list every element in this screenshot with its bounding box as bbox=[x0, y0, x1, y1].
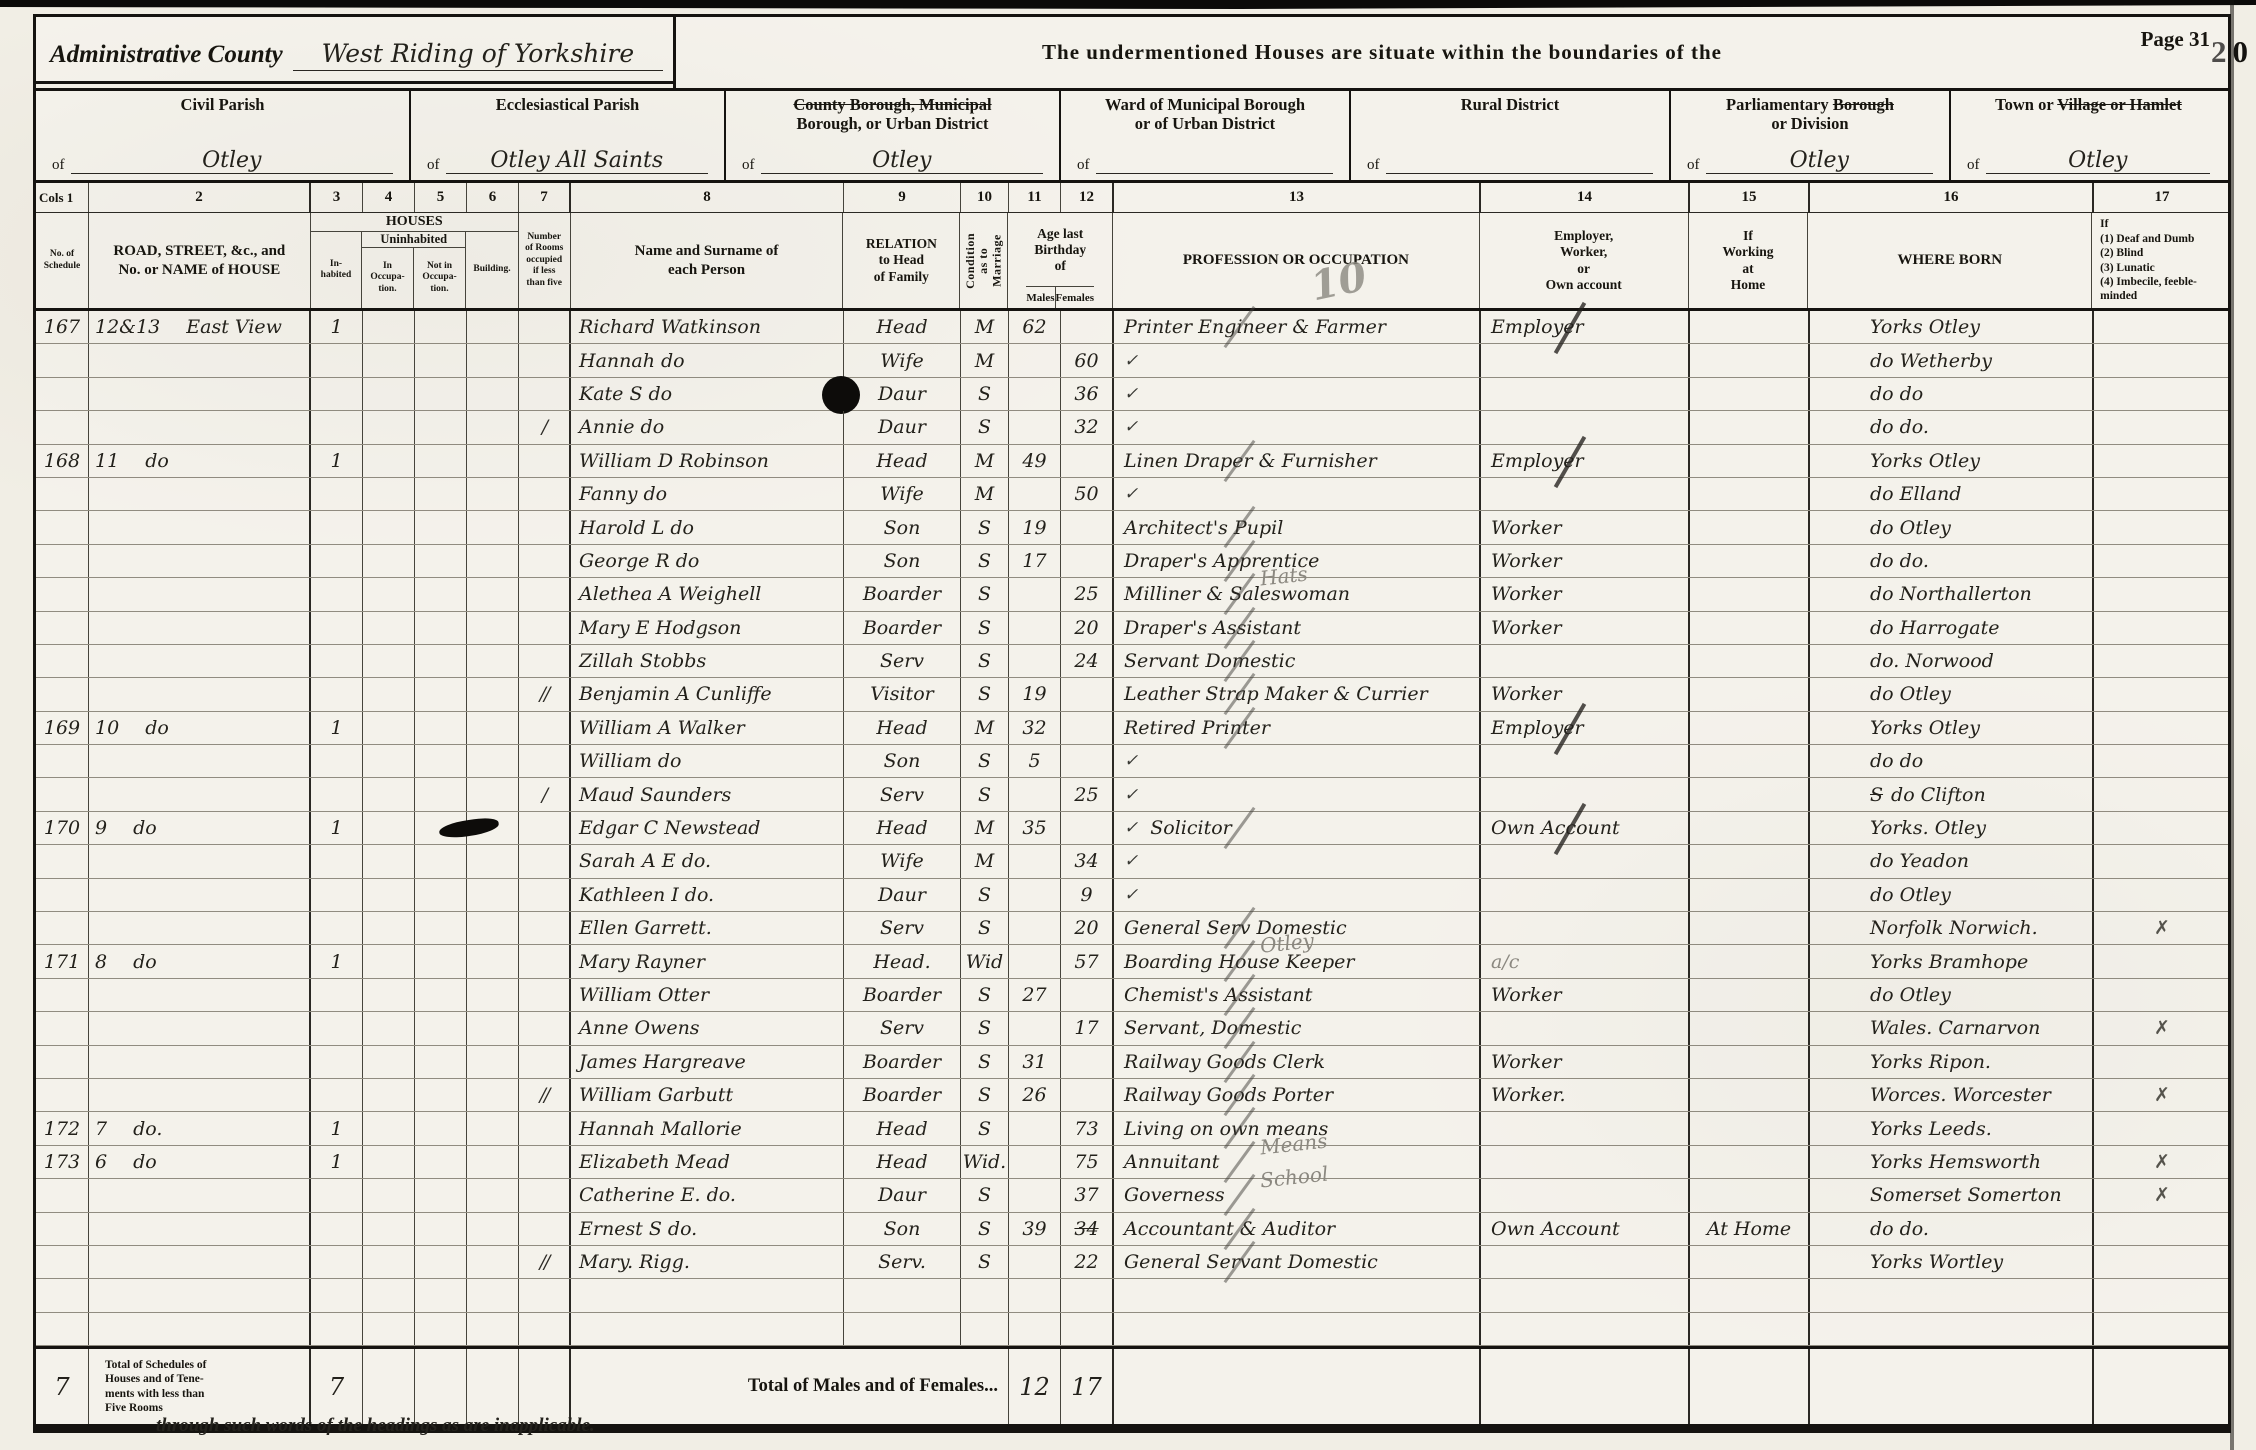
blank-cell bbox=[1690, 1313, 1810, 1345]
cell-address bbox=[89, 1179, 311, 1211]
cell-relation: Son bbox=[844, 1213, 961, 1245]
cell-where-born: Norfolk Norwich. bbox=[1810, 912, 2094, 944]
rural-district-value bbox=[1386, 172, 1654, 174]
occupation-text: Architect's Pupil bbox=[1124, 517, 1283, 539]
cell-building bbox=[467, 1146, 519, 1178]
cell-uninhabited-notocc bbox=[415, 1246, 467, 1278]
cell-infirmity-mark: ✗ bbox=[2094, 1012, 2230, 1044]
cell-schedule-number bbox=[36, 678, 89, 710]
cell-occupation: Retired Printer bbox=[1114, 712, 1481, 744]
born-text: Yorks Wortley bbox=[1870, 1251, 2003, 1273]
born-struck-prefix: S bbox=[1870, 784, 1883, 806]
blank-row bbox=[36, 1279, 2228, 1312]
pencil-scribble: 10 bbox=[1306, 252, 1371, 312]
cell-infirmity-mark: ✗ bbox=[2094, 1079, 2230, 1111]
check-mark: ✓ bbox=[1124, 484, 1138, 504]
blank-cell bbox=[961, 1279, 1009, 1311]
cell-condition: S bbox=[961, 378, 1009, 410]
cell-uninhabited-occ bbox=[363, 344, 415, 376]
cell-infirmity-mark bbox=[2094, 812, 2230, 844]
cell-employer-status bbox=[1481, 478, 1690, 510]
totals-empty bbox=[519, 1349, 571, 1424]
cell-working-at-home bbox=[1690, 1046, 1810, 1078]
cell-age-female: 20 bbox=[1061, 912, 1114, 944]
employer-status-text: Worker. bbox=[1491, 1084, 1566, 1106]
district-strip: Civil Parish ofOtley Ecclesiastical Pari… bbox=[36, 91, 2228, 183]
ecclesiastical-parish-box: Ecclesiastical Parish ofOtley All Saints bbox=[411, 91, 726, 180]
census-row: Hannah doWifeM60✓do Wetherby bbox=[36, 344, 2228, 377]
cell-relation: Head bbox=[844, 445, 961, 477]
cell-working-at-home bbox=[1690, 545, 1810, 577]
of-word: of bbox=[742, 157, 755, 174]
cell-address bbox=[89, 1046, 311, 1078]
cell-address: 7do. bbox=[89, 1112, 311, 1144]
cell-occupation: Linen Draper & Furnisher bbox=[1114, 445, 1481, 477]
cell-inhabited bbox=[311, 845, 363, 877]
census-row: 1718do1Mary RaynerHead.Wid57Boarding Hou… bbox=[36, 945, 2228, 978]
cell-inhabited: 1 bbox=[311, 311, 363, 343]
cell-building bbox=[467, 712, 519, 744]
cell-occupation: Railway Goods Clerk bbox=[1114, 1046, 1481, 1078]
cell-employer-status bbox=[1481, 378, 1690, 410]
cell-where-born: Yorks Otley bbox=[1810, 712, 2094, 744]
cell-rooms-mark bbox=[519, 612, 571, 644]
blank-cell bbox=[363, 1313, 415, 1345]
blank-cell bbox=[1481, 1313, 1690, 1345]
cell-employer-status: Worker bbox=[1481, 1046, 1690, 1078]
cell-age-female: 25 bbox=[1061, 578, 1114, 610]
blank-cell bbox=[519, 1279, 571, 1311]
cell-address bbox=[89, 745, 311, 777]
cell-schedule-number bbox=[36, 1246, 89, 1278]
cell-relation: Head. bbox=[844, 945, 961, 977]
cell-uninhabited-occ bbox=[363, 945, 415, 977]
cell-age-female bbox=[1061, 979, 1114, 1011]
cell-relation: Serv bbox=[844, 912, 961, 944]
col-number: 16 bbox=[1810, 183, 2094, 212]
cell-age-male bbox=[1009, 378, 1061, 410]
census-row: Sarah A E do.WifeM34✓do Yeadon bbox=[36, 845, 2228, 878]
totals-empty bbox=[1114, 1349, 1481, 1424]
occupation-text: Retired Printer bbox=[1124, 717, 1270, 739]
cell-working-at-home bbox=[1690, 1246, 1810, 1278]
cell-building bbox=[467, 1046, 519, 1078]
employer-status-text: Employer bbox=[1491, 316, 1584, 338]
check-mark: ✓ bbox=[1124, 417, 1138, 437]
cell-age-male bbox=[1009, 845, 1061, 877]
blank-cell bbox=[1810, 1279, 2094, 1311]
address-number: 11 bbox=[95, 450, 119, 472]
cell-employer-status: Own Account bbox=[1481, 1213, 1690, 1245]
cell-age-male: 31 bbox=[1009, 1046, 1061, 1078]
cell-working-at-home bbox=[1690, 311, 1810, 343]
ecclesiastical-parish-value: Otley All Saints bbox=[446, 150, 709, 174]
employer-status-text: Worker bbox=[1491, 1051, 1562, 1073]
cell-employer-status: Worker. bbox=[1481, 1079, 1690, 1111]
cell-schedule-number bbox=[36, 545, 89, 577]
cell-condition: M bbox=[961, 712, 1009, 744]
totals-empty bbox=[363, 1349, 415, 1424]
cell-condition: M bbox=[961, 845, 1009, 877]
cell-uninhabited-notocc bbox=[415, 445, 467, 477]
occupation-text: Boarding House Keeper bbox=[1124, 951, 1354, 973]
cell-uninhabited-notocc bbox=[415, 912, 467, 944]
header-females: Females bbox=[1056, 287, 1094, 308]
cell-schedule-number bbox=[36, 979, 89, 1011]
ecclesiastical-parish-label: Ecclesiastical Parish bbox=[419, 96, 716, 115]
cell-employer-status: Worker bbox=[1481, 612, 1690, 644]
cell-building bbox=[467, 511, 519, 543]
cell-relation: Wife bbox=[844, 344, 961, 376]
cell-age-male bbox=[1009, 478, 1061, 510]
cell-where-born: Yorks Leeds. bbox=[1810, 1112, 2094, 1144]
cell-age-male: 5 bbox=[1009, 745, 1061, 777]
cell-employer-status: a/c bbox=[1481, 945, 1690, 977]
census-row: 1736do1Elizabeth MeadHeadWid.75Annuitant… bbox=[36, 1146, 2228, 1179]
cell-building bbox=[467, 1112, 519, 1144]
census-row: Zillah StobbsServS24Servant Domesticdo. … bbox=[36, 645, 2228, 678]
census-row: Kate S doDaurS36✓do do bbox=[36, 378, 2228, 411]
cell-uninhabited-occ bbox=[363, 678, 415, 710]
pencil-note: a/c bbox=[1491, 951, 1519, 973]
cell-address bbox=[89, 678, 311, 710]
cell-occupation: ✓ bbox=[1114, 845, 1481, 877]
cell-person-name: Catherine E. do. bbox=[571, 1179, 844, 1211]
cell-age-male: 35 bbox=[1009, 812, 1061, 844]
cell-building bbox=[467, 1012, 519, 1044]
cell-condition: S bbox=[961, 1246, 1009, 1278]
cell-schedule-number bbox=[36, 344, 89, 376]
cell-employer-status bbox=[1481, 845, 1690, 877]
cell-rooms-mark bbox=[519, 745, 571, 777]
column-headers-row: No. of Schedule ROAD, STREET, &c., and N… bbox=[36, 213, 2228, 311]
check-mark: ✓ bbox=[1124, 818, 1138, 838]
cell-relation: Head bbox=[844, 1146, 961, 1178]
cell-occupation: Boarding House KeeperOtley bbox=[1114, 945, 1481, 977]
cell-address bbox=[89, 545, 311, 577]
totals-empty bbox=[1481, 1349, 1690, 1424]
cell-infirmity-mark bbox=[2094, 1246, 2230, 1278]
of-word: of bbox=[427, 157, 440, 174]
cell-age-female: 75 bbox=[1061, 1146, 1114, 1178]
occupation-text: Railway Goods Porter bbox=[1124, 1084, 1333, 1106]
born-text: Yorks. Otley bbox=[1870, 817, 1986, 839]
cell-schedule-number bbox=[36, 578, 89, 610]
cell-person-name: William D Robinson bbox=[571, 445, 844, 477]
cell-rooms-mark bbox=[519, 1012, 571, 1044]
address-number: 9 bbox=[95, 817, 107, 839]
cell-inhabited bbox=[311, 411, 363, 443]
census-row: /Annie doDaurS32✓do do. bbox=[36, 411, 2228, 444]
cell-rooms-mark bbox=[519, 1146, 571, 1178]
cell-inhabited bbox=[311, 678, 363, 710]
cell-relation: Serv bbox=[844, 645, 961, 677]
county-borough-value: Otley bbox=[761, 150, 1044, 174]
page-number: Page 31 bbox=[2058, 17, 2228, 88]
blank-cell bbox=[363, 1279, 415, 1311]
cell-age-female bbox=[1061, 445, 1114, 477]
cell-age-female bbox=[1061, 712, 1114, 744]
cell-rooms-mark bbox=[519, 812, 571, 844]
employer-status-text: Worker bbox=[1491, 517, 1562, 539]
address-name: do. bbox=[133, 1118, 162, 1140]
cell-infirmity-mark: ✗ bbox=[2094, 912, 2230, 944]
census-row: George R doSonS17Draper's ApprenticeWork… bbox=[36, 545, 2228, 578]
born-text: do Clifton bbox=[1891, 784, 1986, 806]
cell-uninhabited-occ bbox=[363, 445, 415, 477]
cell-age-female: 57 bbox=[1061, 945, 1114, 977]
header-inhabited: In- habited bbox=[311, 232, 363, 308]
blank-cell bbox=[467, 1313, 519, 1345]
admin-county-box: Administrative County West Riding of Yor… bbox=[36, 17, 676, 88]
cell-employer-status bbox=[1481, 1179, 1690, 1211]
cell-uninhabited-occ bbox=[363, 1179, 415, 1211]
header-schedule: No. of Schedule bbox=[36, 213, 89, 308]
cell-address bbox=[89, 912, 311, 944]
cell-rooms-mark bbox=[519, 478, 571, 510]
blank-cell bbox=[1690, 1279, 1810, 1311]
born-text: do do bbox=[1870, 383, 1923, 405]
cell-rooms-mark bbox=[519, 879, 571, 911]
cell-person-name: Kate S do bbox=[571, 378, 844, 410]
cell-inhabited bbox=[311, 344, 363, 376]
age-female-struck: 34 bbox=[1074, 1218, 1098, 1240]
cell-rooms-mark bbox=[519, 545, 571, 577]
occupation-text: Servant, Domestic bbox=[1124, 1017, 1301, 1039]
civil-parish-box: Civil Parish ofOtley bbox=[36, 91, 411, 180]
cell-uninhabited-notocc bbox=[415, 545, 467, 577]
cell-schedule-number bbox=[36, 1179, 89, 1211]
cell-age-male bbox=[1009, 1246, 1061, 1278]
cell-relation: Head bbox=[844, 812, 961, 844]
blank-cell bbox=[2094, 1313, 2230, 1345]
blank-cell bbox=[844, 1313, 961, 1345]
cell-age-male: 17 bbox=[1009, 545, 1061, 577]
cell-where-born: do do. bbox=[1810, 1213, 2094, 1245]
census-row: Harold L doSonS19Architect's PupilWorker… bbox=[36, 511, 2228, 544]
cell-age-female bbox=[1061, 678, 1114, 710]
cell-working-at-home bbox=[1690, 879, 1810, 911]
occupation-text: Printer Engineer & Farmer bbox=[1124, 316, 1386, 338]
born-text: Yorks Ripon. bbox=[1870, 1051, 1991, 1073]
cell-employer-status: Worker bbox=[1481, 545, 1690, 577]
cell-rooms-mark: / bbox=[519, 411, 571, 443]
cell-uninhabited-notocc bbox=[415, 778, 467, 810]
cell-age-female: 25 bbox=[1061, 778, 1114, 810]
cell-address bbox=[89, 344, 311, 376]
header-age: Age last Birthday of bbox=[1034, 213, 1086, 286]
cell-infirmity-mark bbox=[2094, 1046, 2230, 1078]
cell-employer-status bbox=[1481, 879, 1690, 911]
cell-inhabited bbox=[311, 511, 363, 543]
header-at-home: If Working at Home bbox=[1689, 213, 1809, 308]
cell-where-born: do Northallerton bbox=[1810, 578, 2094, 610]
totals-schedule-count: 7 bbox=[36, 1349, 89, 1424]
cell-relation: Boarder bbox=[844, 1046, 961, 1078]
cell-rooms-mark bbox=[519, 845, 571, 877]
cell-schedule-number bbox=[36, 511, 89, 543]
cell-infirmity-mark bbox=[2094, 378, 2230, 410]
cell-age-female: 24 bbox=[1061, 645, 1114, 677]
cell-relation: Boarder bbox=[844, 612, 961, 644]
header-in-occupation: In Occupa- tion. bbox=[362, 248, 414, 308]
ward-value bbox=[1096, 172, 1334, 174]
cell-employer-status: Employer bbox=[1481, 311, 1690, 343]
cell-condition: S bbox=[961, 879, 1009, 911]
cell-building bbox=[467, 1213, 519, 1245]
employer-status-text: Own Account bbox=[1491, 817, 1620, 839]
pencil-note: Hats bbox=[1259, 562, 1309, 591]
cell-working-at-home bbox=[1690, 778, 1810, 810]
cell-uninhabited-notocc bbox=[415, 1046, 467, 1078]
cell-working-at-home bbox=[1690, 478, 1810, 510]
cell-where-born: Yorks Wortley bbox=[1810, 1246, 2094, 1278]
cell-inhabited: 1 bbox=[311, 445, 363, 477]
address-name: do bbox=[133, 951, 157, 973]
blank-cell bbox=[36, 1313, 89, 1345]
blank-row bbox=[36, 1313, 2228, 1346]
cell-inhabited bbox=[311, 612, 363, 644]
cell-schedule-number bbox=[36, 411, 89, 443]
cell-condition: S bbox=[961, 511, 1009, 543]
born-text: Yorks Hemsworth bbox=[1870, 1151, 2041, 1173]
cell-working-at-home bbox=[1690, 445, 1810, 477]
cell-working-at-home bbox=[1690, 378, 1810, 410]
born-text: do Harrogate bbox=[1870, 617, 2000, 639]
cell-condition: S bbox=[961, 678, 1009, 710]
cell-uninhabited-occ bbox=[363, 979, 415, 1011]
census-row: //William GarbuttBoarderS26Railway Goods… bbox=[36, 1079, 2228, 1112]
cell-occupation: ✓Solicitor bbox=[1114, 812, 1481, 844]
cell-rooms-mark bbox=[519, 378, 571, 410]
address-number: 6 bbox=[95, 1151, 107, 1173]
blank-cell bbox=[1810, 1313, 2094, 1345]
cell-rooms-mark: / bbox=[519, 778, 571, 810]
cell-age-female: 34 bbox=[1061, 1213, 1114, 1245]
born-text: do Otley bbox=[1870, 984, 1951, 1006]
cell-rooms-mark bbox=[519, 945, 571, 977]
cell-age-female: 20 bbox=[1061, 612, 1114, 644]
col-number: 12 bbox=[1061, 183, 1114, 212]
census-row: 16712&13East View1Richard WatkinsonHeadM… bbox=[36, 311, 2228, 344]
cell-occupation: ✓ bbox=[1114, 478, 1481, 510]
cell-condition: S bbox=[961, 1112, 1009, 1144]
cell-age-male: 19 bbox=[1009, 678, 1061, 710]
address-name: do bbox=[145, 450, 169, 472]
rural-district-box: Rural District of bbox=[1351, 91, 1671, 180]
cell-infirmity-mark bbox=[2094, 311, 2230, 343]
cell-uninhabited-occ bbox=[363, 912, 415, 944]
totals-empty bbox=[1690, 1349, 1810, 1424]
cell-building bbox=[467, 311, 519, 343]
cell-uninhabited-occ bbox=[363, 879, 415, 911]
cell-uninhabited-notocc bbox=[415, 1012, 467, 1044]
admin-strip: Administrative County West Riding of Yor… bbox=[36, 17, 2228, 91]
blank-cell bbox=[1481, 1279, 1690, 1311]
cell-age-male bbox=[1009, 1112, 1061, 1144]
cell-where-born: do Otley bbox=[1810, 511, 2094, 543]
cell-relation: Boarder bbox=[844, 979, 961, 1011]
cell-schedule-number bbox=[36, 879, 89, 911]
blank-cell bbox=[1061, 1279, 1114, 1311]
address-name: East View bbox=[186, 316, 282, 338]
blank-cell bbox=[1009, 1279, 1061, 1311]
cell-age-male: 49 bbox=[1009, 445, 1061, 477]
totals-empty bbox=[2094, 1349, 2230, 1424]
cell-condition: Wid. bbox=[961, 1146, 1009, 1178]
cell-age-male bbox=[1009, 1146, 1061, 1178]
cell-address bbox=[89, 511, 311, 543]
cell-address bbox=[89, 845, 311, 877]
census-row: Catherine E. do.DaurS37GovernessSchoolSo… bbox=[36, 1179, 2228, 1212]
cell-inhabited: 1 bbox=[311, 812, 363, 844]
cell-uninhabited-occ bbox=[363, 778, 415, 810]
census-row: /Maud SaundersServS25✓Sdo Clifton bbox=[36, 778, 2228, 811]
cell-employer-status bbox=[1481, 745, 1690, 777]
county-borough-box: County Borough, MunicipalBorough, or Urb… bbox=[726, 91, 1061, 180]
cell-schedule-number bbox=[36, 1046, 89, 1078]
employer-status-text: Employer bbox=[1491, 717, 1584, 739]
cell-working-at-home bbox=[1690, 612, 1810, 644]
cell-uninhabited-occ bbox=[363, 478, 415, 510]
census-row: Anne OwensServS17Servant, DomesticWales.… bbox=[36, 1012, 2228, 1045]
cell-working-at-home bbox=[1690, 845, 1810, 877]
check-mark: ✓ bbox=[1124, 851, 1138, 871]
cell-rooms-mark: // bbox=[519, 678, 571, 710]
parliamentary-label-struck: Borough bbox=[1833, 95, 1894, 114]
born-text: do do. bbox=[1870, 416, 1929, 438]
cell-employer-status bbox=[1481, 344, 1690, 376]
cell-condition: S bbox=[961, 778, 1009, 810]
occupation-text: Accountant & Auditor bbox=[1124, 1218, 1335, 1240]
county-borough-label-rest: Borough, or Urban District bbox=[797, 114, 989, 133]
cell-where-born: do do bbox=[1810, 745, 2094, 777]
cell-age-female bbox=[1061, 1079, 1114, 1111]
born-text: do Otley bbox=[1870, 683, 1951, 705]
cell-relation: Daur bbox=[844, 1179, 961, 1211]
cell-building bbox=[467, 879, 519, 911]
cell-person-name: Mary Rayner bbox=[571, 945, 844, 977]
cell-rooms-mark bbox=[519, 445, 571, 477]
col-number: 17 bbox=[2094, 183, 2230, 212]
cell-condition: S bbox=[961, 612, 1009, 644]
cell-person-name: Richard Watkinson bbox=[571, 311, 844, 343]
cell-working-at-home bbox=[1690, 344, 1810, 376]
blank-cell bbox=[571, 1279, 844, 1311]
admin-county-value: West Riding of Yorkshire bbox=[293, 39, 663, 71]
cell-rooms-mark bbox=[519, 1213, 571, 1245]
cell-employer-status bbox=[1481, 645, 1690, 677]
col-number: 13 bbox=[1114, 183, 1481, 212]
parliamentary-value: Otley bbox=[1706, 150, 1934, 174]
cell-building bbox=[467, 378, 519, 410]
cell-condition: M bbox=[961, 478, 1009, 510]
cell-uninhabited-occ bbox=[363, 812, 415, 844]
cell-age-female: 22 bbox=[1061, 1246, 1114, 1278]
cell-uninhabited-occ bbox=[363, 1112, 415, 1144]
cell-uninhabited-notocc bbox=[415, 1146, 467, 1178]
cell-age-female: 50 bbox=[1061, 478, 1114, 510]
cell-infirmity-mark bbox=[2094, 678, 2230, 710]
cell-occupation: ✓ bbox=[1114, 344, 1481, 376]
county-borough-label: County Borough, MunicipalBorough, or Urb… bbox=[734, 96, 1051, 134]
cell-working-at-home bbox=[1690, 979, 1810, 1011]
cell-building bbox=[467, 745, 519, 777]
cell-occupation: ✓ bbox=[1114, 411, 1481, 443]
occupation-text: Chemist's Assistant bbox=[1124, 984, 1312, 1006]
cell-address: 9do bbox=[89, 812, 311, 844]
cell-employer-status: Worker bbox=[1481, 979, 1690, 1011]
